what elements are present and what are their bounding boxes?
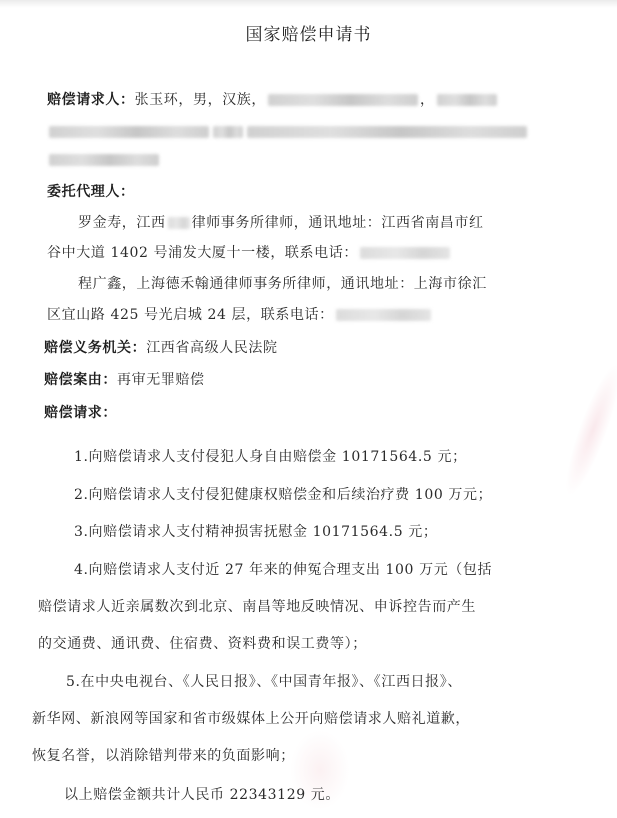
total-amount: 以上赔偿金额共计人民币 22343129 元。	[64, 785, 340, 805]
request-item-2: 2.向赔偿请求人支付侵犯健康权赔偿金和后续治疗费 100 万元；	[74, 485, 492, 505]
redacted-phone	[360, 247, 450, 259]
request-item-4-line-1: 4.向赔偿请求人支付近 27 年来的伸冤合理支出 100 万元（包括	[74, 560, 492, 580]
requests-label: 赔偿请求：	[44, 405, 117, 421]
scan-smudge	[556, 359, 617, 500]
claimant-info: 张玉环，男，汉族，	[135, 92, 266, 108]
claimant-line-3	[47, 150, 161, 170]
scan-top-edge	[0, 0, 617, 8]
requests-heading: 赔偿请求：	[44, 403, 117, 423]
agent-2-address: 区宜山路 425 号光启城 24 层，联系电话：	[47, 307, 334, 323]
redacted-phone	[336, 309, 431, 321]
redacted-birthdate	[268, 94, 418, 106]
claimant-line-1: 赔偿请求人：张玉环，男，汉族，，	[47, 90, 499, 110]
request-item-1: 1.向赔偿请求人支付侵犯人身自由赔偿金 10171564.5 元；	[74, 447, 467, 467]
separator: ，	[420, 92, 435, 108]
cause-value: 再审无罪赔偿	[117, 372, 205, 388]
redacted-firm-name	[168, 217, 190, 229]
agents-heading: 委托代理人：	[47, 182, 135, 202]
agent-1-line-2: 谷中大道 1402 号浦发大厦十一楼，联系电话：	[47, 243, 452, 263]
obligor-value: 江西省高级人民法院	[146, 340, 277, 356]
agent-1-line-1: 罗金寿，江西律师事务所律师，通讯地址：江西省南昌市红	[78, 213, 484, 233]
cause-label: 赔偿案由：	[44, 372, 117, 388]
request-item-4-line-2: 赔偿请求人近亲属数次到北京、南昌等地反映情况、申诉控告而产生	[38, 597, 476, 617]
document-title: 国家赔偿申请书	[0, 20, 617, 45]
agents-label: 委托代理人：	[47, 184, 135, 200]
redacted-address	[247, 126, 527, 138]
redacted-id-number	[49, 126, 209, 138]
obligor-line: 赔偿义务机关：江西省高级人民法院	[44, 338, 278, 358]
redacted-address-label	[213, 126, 243, 138]
cause-line: 赔偿案由：再审无罪赔偿	[44, 370, 205, 390]
agent-2-text: 程广鑫，上海德禾翰通律师事务所律师，通讯地址：上海市徐汇	[78, 276, 487, 292]
request-item-4-line-3: 的交通费、通讯费、住宿费、资料费和误工费等）；	[38, 634, 367, 654]
agent-2-line-1: 程广鑫，上海德禾翰通律师事务所律师，通讯地址：上海市徐汇	[78, 274, 487, 294]
redacted-id-label	[437, 94, 497, 106]
agent-1-text: 律师事务所律师，通讯地址：江西省南昌市红	[192, 215, 484, 231]
claimant-label: 赔偿请求人：	[47, 92, 135, 108]
request-item-5-line-1: 5.在中央电视台、《人民日报》、《中国青年报》、《江西日报》、	[66, 672, 462, 692]
agent-2-line-2: 区宜山路 425 号光启城 24 层，联系电话：	[47, 305, 433, 325]
claimant-line-2	[47, 122, 529, 142]
obligor-label: 赔偿义务机关：	[44, 340, 146, 356]
request-item-5-line-3: 恢复名誉，以消除错判带来的负面影响；	[32, 746, 295, 766]
agent-1-text: 罗金寿，江西	[78, 215, 166, 231]
agent-1-address: 谷中大道 1402 号浦发大厦十一楼，联系电话：	[47, 245, 358, 261]
request-item-5-line-2: 新华网、新浪网等国家和省市级媒体上公开向赔偿请求人赔礼道歉，	[32, 709, 470, 729]
redacted-address-cont	[49, 154, 159, 166]
request-item-3: 3.向赔偿请求人支付精神损害抚慰金 10171564.5 元；	[74, 522, 437, 542]
